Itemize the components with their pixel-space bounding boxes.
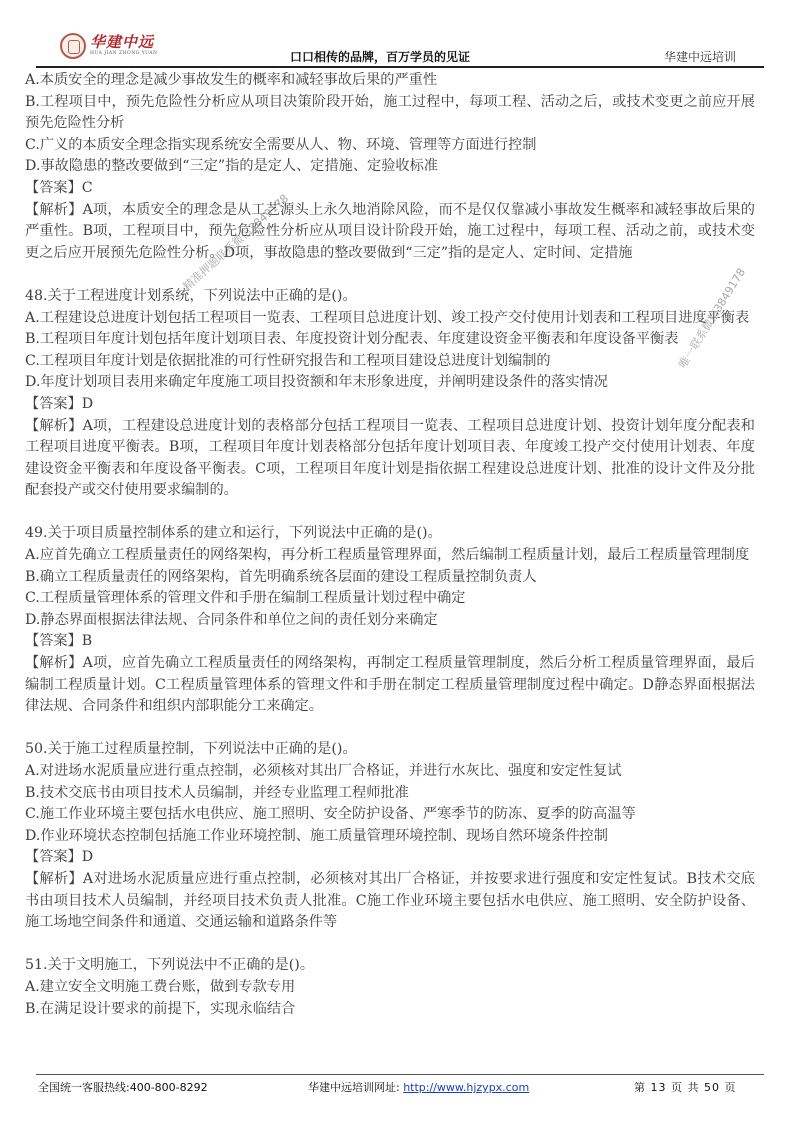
q47-option-a: A.本质安全的理念是减少事故发生的概率和减轻事故后果的严重性 [25, 70, 755, 92]
q48-option-c: C.工程项目年度计划是依据批准的可行性研究报告和工程项目建设总进度计划编制的 [25, 351, 755, 373]
document-body: A.本质安全的理念是减少事故发生的概率和减轻事故后果的严重性 B.工程项目中，预… [25, 70, 755, 1020]
logo-english-name: HUA JIAN ZHONG YUAN [90, 52, 157, 57]
spacer [25, 934, 755, 956]
q50-question: 50.关于施工过程质量控制，下列说法中正确的是()。 [25, 739, 755, 761]
q50-option-b: B.技术交底书由项目技术人员编制，并经专业监理工程师批准 [25, 783, 755, 805]
q47-option-d: D.事故隐患的整改要做到“三定”指的是定人、定措施、定验收标准 [25, 156, 755, 178]
header-slogan: 口口相传的品牌，百万学员的见证 [290, 48, 470, 65]
q47-analysis: 【解析】A项，本质安全的理念是从工艺源头上永久地消除风险，而不是仅仅靠减小事故发… [25, 200, 755, 265]
q49-analysis: 【解析】A项，应首先确立工程质量责任的网络架构，再制定工程质量管理制度，然后分析… [25, 653, 755, 718]
q49-option-a: A.应首先确立工程质量责任的网络架构，再分析工程质量管理界面，然后编制工程质量计… [25, 545, 755, 567]
q51-option-b: B.在满足设计要求的前提下，实现永临结合 [25, 999, 755, 1021]
q50-option-a: A.对进场水泥质量应进行重点控制，必须核对其出厂合格证，并进行水灰比、强度和安定… [25, 761, 755, 783]
q48-option-a: A.工程建设总进度计划包括工程项目一览表、工程项目总进度计划、竣工投产交付使用计… [25, 308, 755, 330]
q47-option-b: B.工程项目中，预先危险性分析应从项目决策阶段开始，施工过程中，每项工程、活动之… [25, 92, 755, 135]
q49-option-d: D.静态界面根据法律法规、合同条件和单位之间的责任划分来确定 [25, 610, 755, 632]
q51-option-a: A.建立安全文明施工费台账，做到专款专用 [25, 977, 755, 999]
logo-emblem-icon [60, 33, 86, 59]
q49-option-b: B.确立工程质量责任的网络架构，首先明确系统各层面的建设工程质量控制负责人 [25, 567, 755, 589]
footer-website-link[interactable]: http://www.hjzypx.com [403, 1081, 529, 1094]
logo-chinese-name: 华建中远 [90, 35, 157, 50]
q49-answer: 【答案】B [25, 631, 755, 653]
footer-website-label: 华建中远培训网址: [308, 1081, 403, 1094]
q48-question: 48.关于工程进度计划系统，下列说法中正确的是()。 [25, 286, 755, 308]
q51-question: 51.关于文明施工，下列说法中不正确的是()。 [25, 955, 755, 977]
page-header: 华建中远 HUA JIAN ZHONG YUAN 口口相传的品牌，百万学员的见证… [36, 28, 764, 68]
q48-option-b: B.工程项目年度计划包括年度计划项目表、年度投资计划分配表、年度建设资金平衡表和… [25, 329, 755, 351]
q47-option-c: C.广义的本质安全理念指实现系统安全需要从人、物、环境、管理等方面进行控制 [25, 135, 755, 157]
page-number: 第 13 页 共 50 页 [634, 1079, 736, 1095]
spacer [25, 718, 755, 740]
q50-analysis: 【解析】A对进场水泥质量应进行重点控制，必须核对其出厂合格证，并按要求进行强度和… [25, 869, 755, 934]
q48-option-d: D.年度计划项目表用来确定年度施工项目投资额和年末形象进度，并阐明建设条件的落实… [25, 372, 755, 394]
q49-question: 49.关于项目质量控制体系的建立和运行，下列说法中正确的是()。 [25, 523, 755, 545]
q48-analysis: 【解析】A项，工程建设总进度计划的表格部分包括工程项目一览表、工程项目总进度计划… [25, 416, 755, 502]
q50-option-c: C.施工作业环境主要包括水电供应、施工照明、安全防护设备、严寒季节的防冻、夏季的… [25, 804, 755, 826]
spacer [25, 502, 755, 524]
page-footer: 全国统一客服热线:400-800-8292 华建中远培训网址: http://w… [36, 1074, 764, 1099]
q50-answer: 【答案】D [25, 847, 755, 869]
logo: 华建中远 HUA JIAN ZHONG YUAN [60, 30, 157, 62]
q47-answer: 【答案】C [25, 178, 755, 200]
footer-hotline: 全国统一客服热线:400-800-8292 [38, 1079, 208, 1095]
q48-answer: 【答案】D [25, 394, 755, 416]
spacer [25, 264, 755, 286]
footer-website: 华建中远培训网址: http://www.hjzypx.com [308, 1079, 529, 1095]
q49-option-c: C.工程质量管理体系的管理文件和手册在编制工程质量计划过程中确定 [25, 588, 755, 610]
q50-option-d: D.作业环境状态控制包括施工作业环境控制、施工质量管理环境控制、现场自然环境条件… [25, 826, 755, 848]
header-brand: 华建中远培训 [664, 48, 736, 65]
